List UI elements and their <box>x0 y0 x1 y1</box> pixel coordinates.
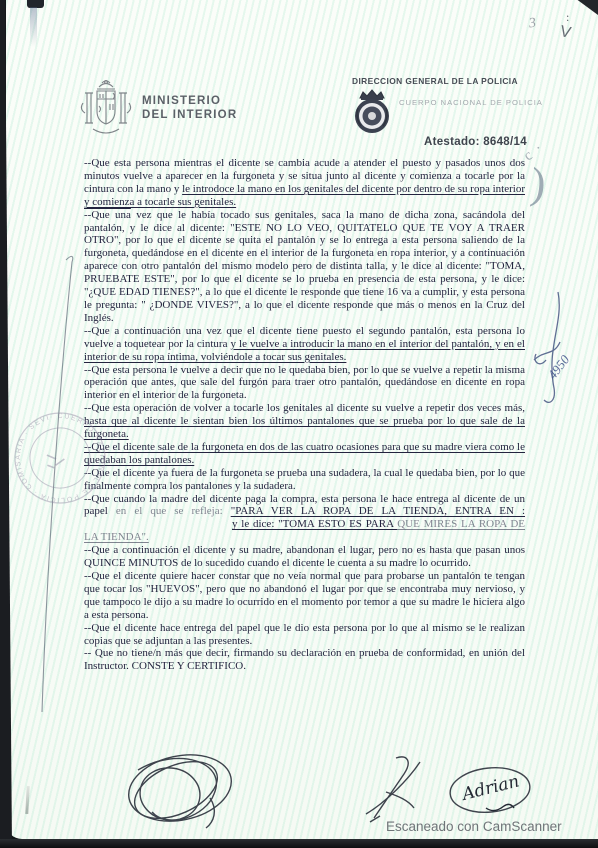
police-direction-title: DIRECCION GENERAL DE LA POLICIA <box>352 76 518 86</box>
statement-paragraph: --Que cuando la madre del dicente paga l… <box>84 493 525 545</box>
text-segment: -- Que no tiene/n más que decir, firmand… <box>84 647 525 672</box>
text-segment: --Que a continuación el dicente y su mad… <box>84 544 525 569</box>
police-corps-title: CUERPO NACIONAL DE POLICIA <box>399 98 543 107</box>
text-segment: vez que le había tocado sus genitales, s… <box>84 209 525 324</box>
case-number: Atestado: 8648/14 <box>424 136 527 148</box>
text-segment: en el que se refleja: <box>116 505 231 517</box>
statement-paragraph: --Que a continuación el dicente y su mad… <box>84 544 525 570</box>
margin-code-text: 4950 <box>545 352 573 382</box>
statement-body: --Que esta persona mientras el dicente s… <box>84 157 525 673</box>
statement-paragraph: --Que una vez que le había tocado sus ge… <box>84 209 525 325</box>
statement-paragraph: --Que a continuación una vez que el dice… <box>84 325 525 364</box>
text-segment: hasta que al dicente le sientan bien los… <box>84 415 525 440</box>
text-segment: --Que esta persona le vuelve a decir que… <box>84 364 525 402</box>
statement-paragraph: --Que el dicente hace entrega del papel … <box>84 622 525 648</box>
scan-bottom-border <box>0 839 598 848</box>
signature-name-text: Adrian <box>458 771 521 805</box>
statement-paragraph: --Que esta persona mientras el dicente s… <box>84 157 525 209</box>
text-segment: "PARA VER LA ROPA DE LA TIENDA, ENTRA EN… <box>231 505 525 517</box>
statement-paragraph: --Que esta persona le vuelve a decir que… <box>84 364 525 403</box>
scan-artifact-streak <box>30 7 37 47</box>
statement-paragraph: --Que esta operación de volver a tocarle… <box>84 402 525 441</box>
signature-adrian: Adrian <box>446 764 534 822</box>
redaction-gap <box>84 526 232 527</box>
ministry-title: MINISTERIO DEL INTERIOR <box>142 94 237 122</box>
text-segment: --Que el dicente quiere hacer constar qu… <box>84 570 525 621</box>
text-segment: --Que el dicente ya fuera de la furgonet… <box>84 467 525 492</box>
statement-paragraph: --Que el dicente sale de la furgoneta en… <box>84 441 525 467</box>
text-segment: --Que esta operación de volver a tocarle… <box>84 402 525 414</box>
ministry-line2: DEL INTERIOR <box>142 108 237 122</box>
text-segment: --Que el dicente sale de la furgoneta en… <box>84 441 525 466</box>
signature-scribble-left <box>118 746 254 838</box>
scanned-document: MINISTERIO DEL INTERIOR DIRECCION GENERA… <box>0 0 598 848</box>
ministry-line1: MINISTERIO <box>142 94 237 108</box>
text-segment: y le dice: "TOMA ESTO ES PARA <box>232 518 397 530</box>
pencil-colon-mark: : <box>566 10 569 25</box>
camscanner-watermark: Escaneado con CamScanner <box>386 819 562 834</box>
margin-pen-bracket: 4950 <box>524 288 598 418</box>
statement-paragraph: --Que el dicente quiere hacer constar qu… <box>84 570 525 622</box>
text-segment: --Que el dicente hace entrega del papel … <box>84 622 525 647</box>
text-segment: --Que una <box>84 209 131 221</box>
spain-coat-of-arms-stamp-icon <box>73 79 139 141</box>
signature-instructor <box>356 752 432 828</box>
statement-paragraph: -- Que no tiene/n más que decir, firmand… <box>84 647 525 673</box>
statement-paragraph: --Que el dicente ya fuera de la furgonet… <box>84 467 525 493</box>
police-badge-icon <box>352 88 392 138</box>
